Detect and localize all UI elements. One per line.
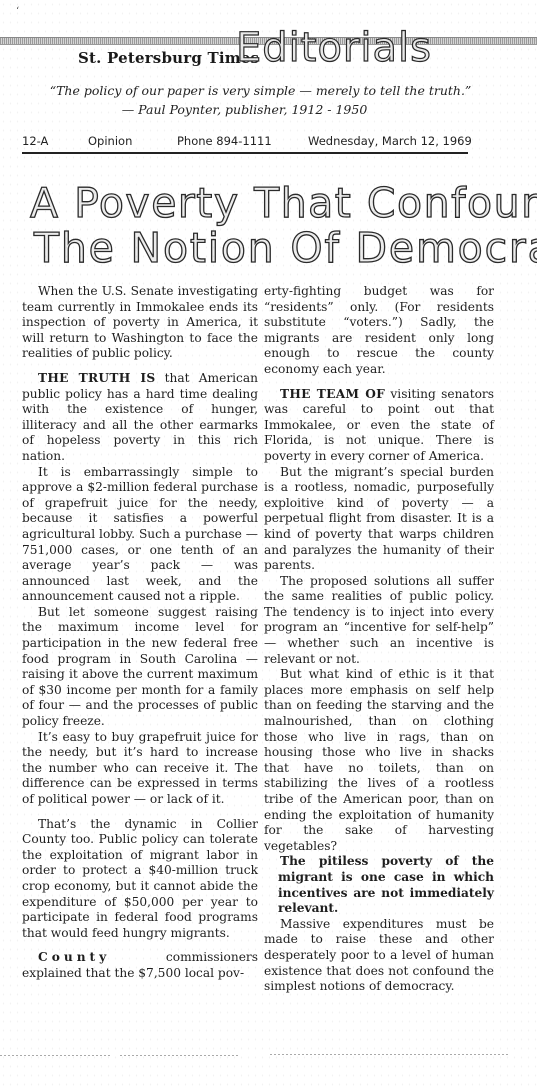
pull-paragraph-bold: The pitiless poverty of the migrant is o… — [264, 854, 494, 916]
paragraph: erty-fighting budget was for “residents”… — [264, 284, 494, 378]
paragraph: The proposed solutions all suffer the sa… — [264, 574, 494, 668]
newspaper-page: ‘ St. Petersburg Times Editorials “The p… — [0, 0, 537, 1086]
headline-line-2: The Notion Of Democracy — [34, 228, 484, 269]
paragraph: When the U.S. Senate investigating team … — [22, 284, 258, 362]
paragraph: THE TEAM OF visiting senators was carefu… — [264, 387, 494, 465]
issue-date: Wednesday, March 12, 1969 — [308, 134, 472, 148]
paragraph: That’s the dynamic in Collier County too… — [22, 817, 258, 942]
paragraph: But the migrant’s special burden is a ro… — [264, 465, 494, 574]
bottom-rule-left — [0, 1055, 110, 1056]
paper-name: St. Petersburg Times — [78, 49, 259, 67]
article-column-right: erty-fighting budget was for “residents”… — [264, 284, 494, 995]
paragraph: THE TRUTH IS that American public policy… — [22, 371, 258, 465]
paragraph: It is embarrassingly simple to approve a… — [22, 465, 258, 605]
print-speck: ‘ — [16, 6, 19, 17]
section-label: Opinion — [88, 134, 132, 148]
section-title: Editorials — [236, 28, 432, 68]
paragraph: Massive expenditures must be made to rai… — [264, 917, 494, 995]
paragraph: But let someone suggest raising the maxi… — [22, 605, 258, 730]
run-in-lead: County — [38, 950, 110, 964]
article-column-left: When the U.S. Senate investigating team … — [22, 284, 258, 982]
page-info-bar: 12-A Opinion Phone 894-1111 Wednesday, M… — [22, 134, 468, 154]
motto-attribution: — Paul Poynter, publisher, 1912 - 1950 — [0, 102, 513, 117]
masthead: St. Petersburg Times Editorials — [0, 34, 537, 74]
paragraph: County commissioners explained that the … — [22, 950, 258, 981]
headline-line-1: A Poverty That Confounds — [30, 183, 480, 224]
bottom-rule-right — [270, 1054, 510, 1055]
motto-quote: “The policy of our paper is very simple … — [0, 83, 529, 98]
run-in-lead: THE TEAM OF — [280, 387, 385, 401]
phone-number: Phone 894-1111 — [177, 134, 272, 148]
page-number: 12-A — [22, 134, 48, 148]
bottom-rule-mid — [120, 1055, 240, 1056]
paragraph: But what kind of ethic is it that places… — [264, 667, 494, 854]
paragraph: It’s easy to buy grapefruit juice for th… — [22, 730, 258, 808]
run-in-lead: THE TRUTH IS — [38, 371, 155, 385]
